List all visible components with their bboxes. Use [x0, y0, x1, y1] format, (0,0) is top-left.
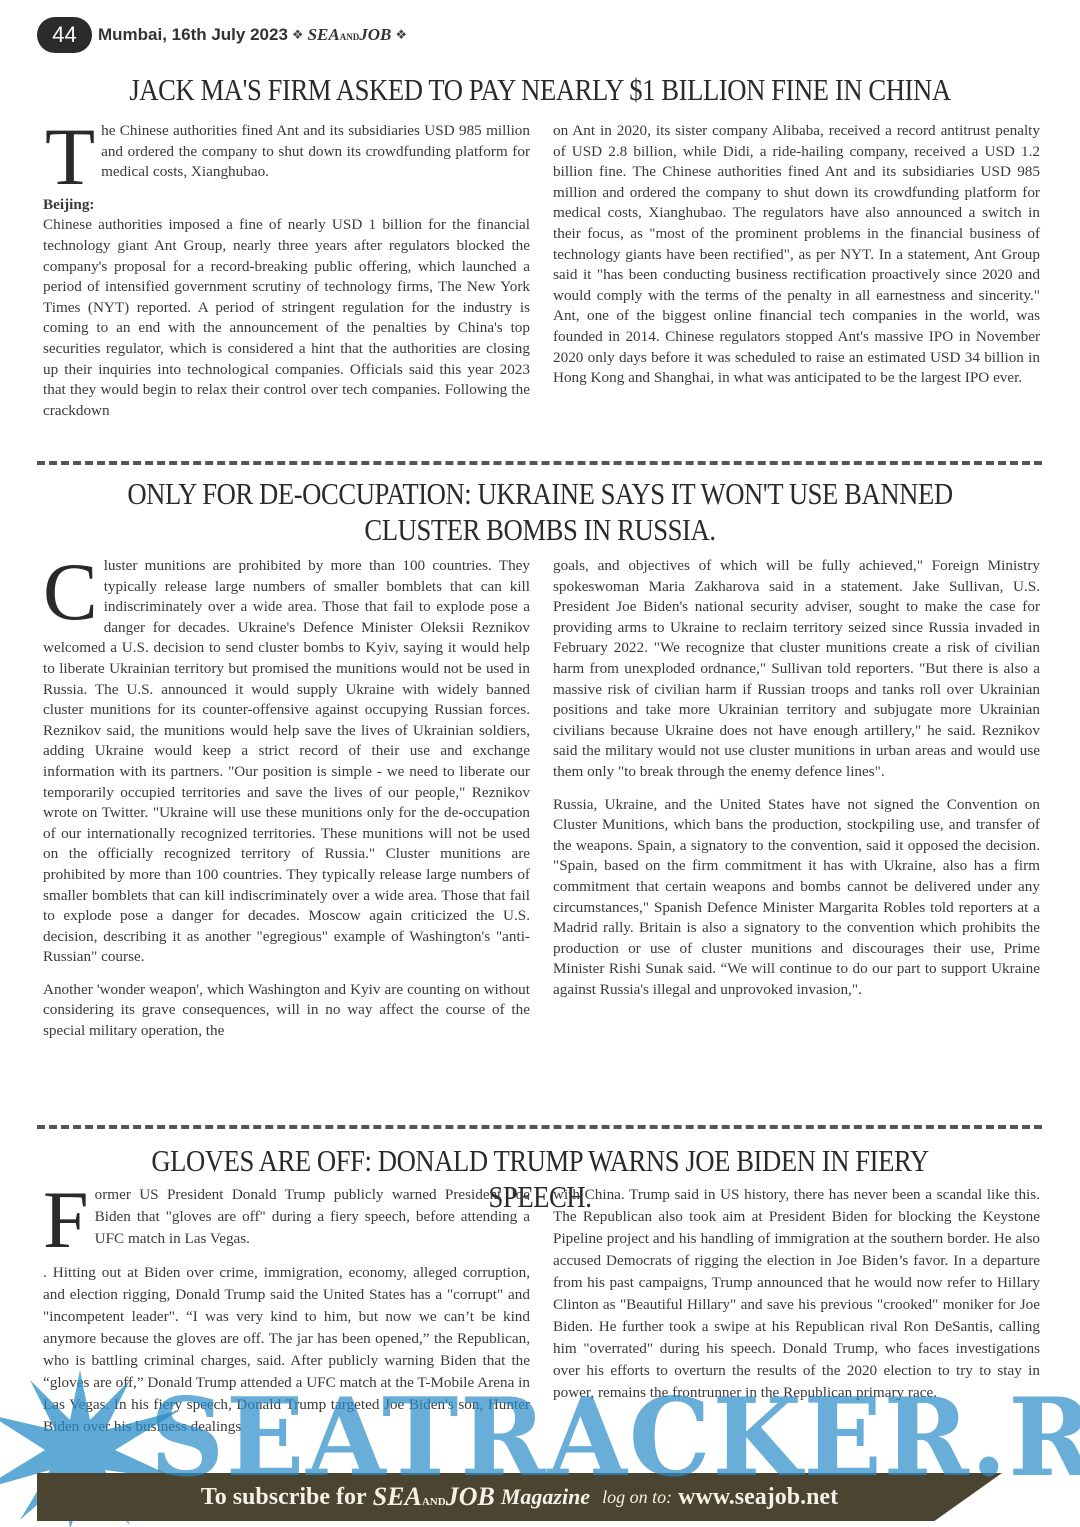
subscribe-footer-banner: To subscribe for SEAANDJOB Magazine log … [37, 1473, 1002, 1521]
article-headline-ukraine: ONLY FOR DE-OCCUPATION: UKRAINE SAYS IT … [110, 476, 970, 548]
footer-magazine: Magazine [501, 1484, 590, 1510]
headline-line: ONLY FOR DE-OCCUPATION: UKRAINE SAYS IT … [110, 476, 970, 512]
page-header: 44 Mumbai, 16th July 2023 ❖ SEAANDJOB ❖ [37, 17, 411, 53]
article-1-right-column: on Ant in 2020, its sister company Aliba… [553, 121, 1040, 389]
article-body: . Hitting out at Biden over crime, immig… [43, 1264, 530, 1435]
article-lead: he Chinese authorities fined Ant and its… [101, 122, 530, 180]
article-2-right-column: goals, and objectives of which will be f… [553, 556, 1040, 1012]
article-1-left-column: The Chinese authorities fined Ant and it… [43, 121, 530, 421]
article-body: goals, and objectives of which will be f… [553, 557, 1040, 780]
footer-brand: SEAANDJOB [373, 1482, 495, 1512]
drop-cap: T [45, 125, 95, 189]
article-headline-jack-ma: JACK MA'S FIRM ASKED TO PAY NEARLY $1 BI… [110, 72, 970, 108]
headline-line: CLUSTER BOMBS IN RUSSIA. [110, 512, 970, 548]
section-divider [37, 461, 1042, 465]
article-3-left-column: Former US President Donald Trump publicl… [43, 1184, 530, 1450]
article-body: with China. Trump said in US history, th… [553, 1186, 1040, 1401]
footer-prefix: To subscribe for [201, 1484, 367, 1511]
section-divider [37, 1125, 1042, 1129]
drop-cap: F [43, 1188, 89, 1252]
drop-cap: C [43, 560, 98, 624]
article-body: luster munitions are prohibited by more … [43, 557, 530, 965]
article-body: Another 'wonder weapon', which Washingto… [43, 981, 530, 1039]
ornament-icon: ❖ [395, 28, 407, 43]
article-lead: ormer US President Donald Trump publicly… [95, 1186, 530, 1247]
issue-dateline: Mumbai, 16th July 2023 [98, 25, 288, 45]
article-2-left-column: Cluster munitions are prohibited by more… [43, 556, 530, 1054]
article-body: Chinese authorities imposed a fine of ne… [43, 216, 530, 418]
article-body: Russia, Ukraine, and the United States h… [553, 796, 1040, 998]
footer-url-link[interactable]: www.seajob.net [678, 1484, 838, 1511]
footer-log-on: log on to: [602, 1487, 672, 1508]
article-dateline: Beijing: [43, 195, 530, 216]
page-number-badge: 44 [37, 17, 92, 53]
brand-logo: SEAANDJOB [308, 25, 392, 45]
article-3-right-column: with China. Trump said in US history, th… [553, 1184, 1040, 1404]
ornament-icon: ❖ [292, 28, 304, 43]
article-body: on Ant in 2020, its sister company Aliba… [553, 122, 1040, 386]
